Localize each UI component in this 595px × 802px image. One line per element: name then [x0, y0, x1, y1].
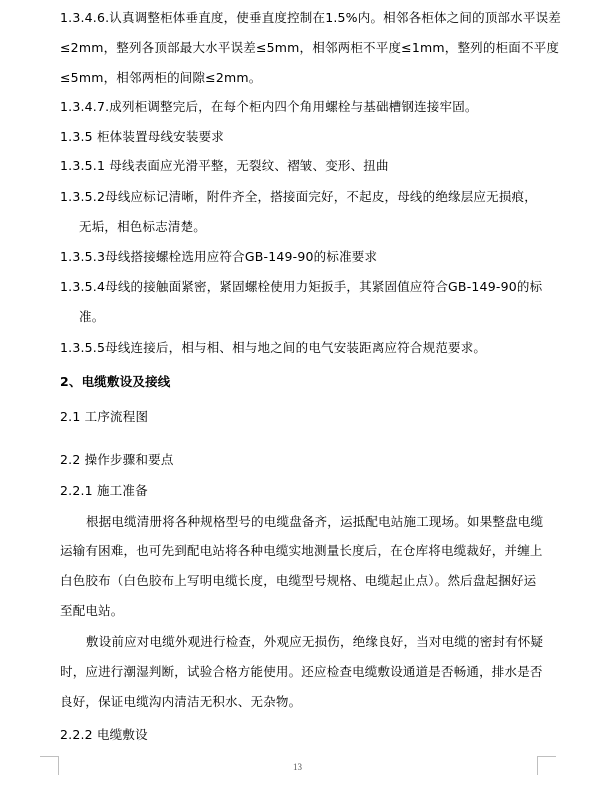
paragraph-preparation-line-4: 至配电站。	[60, 603, 124, 619]
paragraph-1-3-4-6-line-3: ≤5mm，相邻两柜的间隙≤2mm。	[60, 70, 261, 86]
paragraph-1-3-4-7: 1.3.4.7.成列柜调整完后，在每个柜内四个角用螺栓与基础槽钢连接牢固。	[60, 99, 478, 115]
document-page: 1.3.4.6.认真调整柜体垂直度，使垂直度控制在1.5%内。相邻各柜体之间的顶…	[0, 0, 595, 802]
item-1-3-5-3: 1.3.5.3母线搭接螺栓选用应符合GB-149-90的标准要求	[60, 249, 377, 265]
heading-2-2-1: 2.2.1 施工准备	[60, 483, 148, 499]
heading-2-2: 2.2 操作步骤和要点	[60, 452, 174, 468]
heading-1-3-5: 1.3.5 柜体装置母线安装要求	[60, 129, 224, 145]
paragraph-1-3-4-6-line-1: 1.3.4.6.认真调整柜体垂直度，使垂直度控制在1.5%内。相邻各柜体之间的顶…	[60, 10, 561, 26]
page-number: 13	[0, 762, 595, 772]
paragraph-inspection-line-1: 敷设前应对电缆外观进行检查，外观应无损伤，绝缘良好，当对电缆的密封有怀疑	[86, 634, 543, 650]
section-heading-2: 2、电缆敷设及接线	[60, 374, 171, 390]
item-1-3-5-4-line-1: 1.3.5.4母线的接触面紧密，紧固螺栓使用力矩扳手，其紧固值应符合GB-149…	[60, 279, 542, 295]
item-1-3-5-2-line-2: 无垢，相色标志清楚。	[79, 219, 206, 235]
paragraph-preparation-line-2: 运输有困难，也可先到配电站将各种电缆实地测量长度后，在仓库将电缆裁好，并缠上	[60, 543, 543, 559]
heading-2-2-2: 2.2.2 电缆敷设	[60, 727, 148, 743]
heading-2-1: 2.1 工序流程图	[60, 409, 148, 425]
paragraph-inspection-line-2: 时，应进行潮湿判断，试验合格方能使用。还应检查电缆敷设通道是否畅通，排水是否	[60, 664, 543, 680]
paragraph-preparation-line-3: 白色胶布（白色胶布上写明电缆长度，电缆型号规格、电缆起止点）。然后盘起捆好运	[60, 573, 536, 589]
item-1-3-5-2-line-1: 1.3.5.2母线应标记清晰，附件齐全，搭接面完好，不起皮，母线的绝缘层应无损痕…	[60, 189, 537, 205]
item-1-3-5-5: 1.3.5.5母线连接后，相与相、相与地之间的电气安装距离应符合规范要求。	[60, 340, 486, 356]
item-1-3-5-1: 1.3.5.1 母线表面应光滑平整，无裂纹、褶皱、变形、扭曲	[60, 158, 389, 174]
item-1-3-5-4-line-2: 准。	[79, 309, 104, 325]
paragraph-1-3-4-6-line-2: ≤2mm，整列各顶部最大水平误差≤5mm，相邻两柜不平度≤1mm，整列的柜面不平…	[60, 40, 559, 56]
paragraph-inspection-line-3: 良好，保证电缆沟内清洁无积水、无杂物。	[60, 694, 301, 710]
paragraph-preparation-line-1: 根据电缆清册将各种规格型号的电缆盘备齐，运抵配电站施工现场。如果整盘电缆	[86, 514, 543, 530]
